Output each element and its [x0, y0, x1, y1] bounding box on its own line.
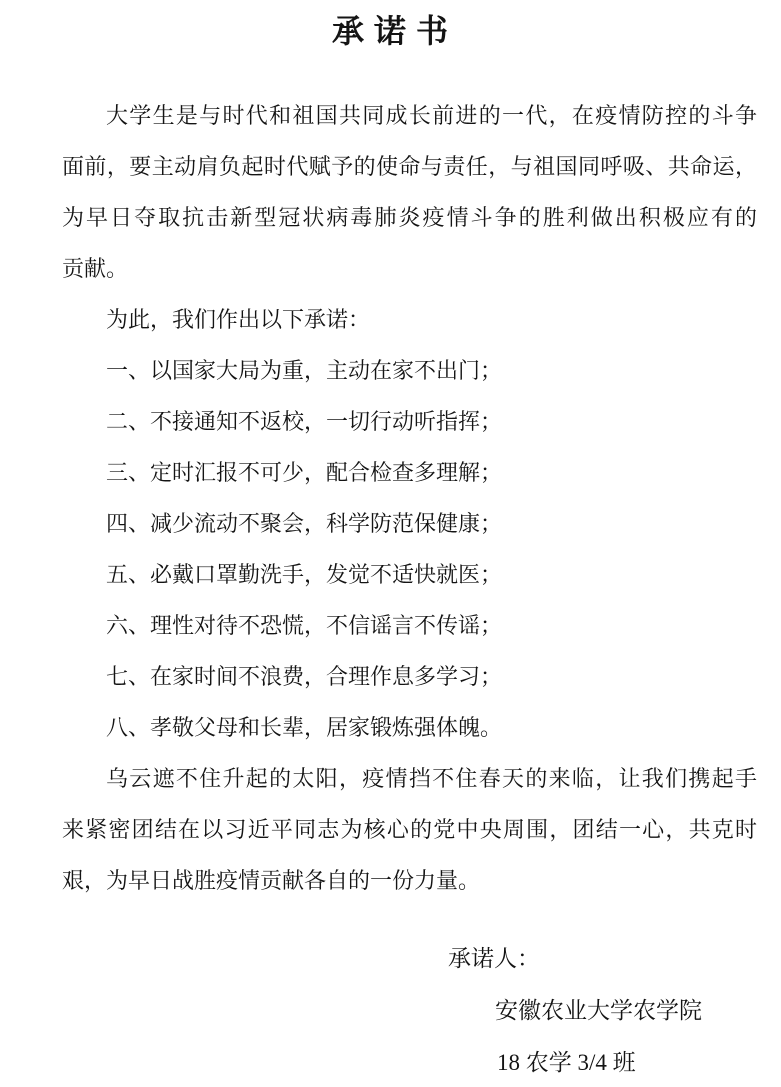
document-title: 承 诺 书 [0, 6, 781, 56]
closing-paragraph-line: 乌云遮不住升起的太阳，疫情挡不住春天的来临，让我们携起手 [62, 753, 757, 804]
closing-paragraph-line: 来紧密团结在以习近平同志为核心的党中央周围，团结一心，共克时 [62, 804, 757, 855]
pledge-item-1: 一、以国家大局为重，主动在家不出门； [62, 345, 757, 396]
signer-class: 18 农学 3/4 班 [497, 1037, 781, 1087]
pledge-item-6: 六、理性对待不恐慌，不信谣言不传谣； [62, 600, 757, 651]
signature-block: 承诺人： 安徽农业大学农学院 18 农学 3/4 班 [0, 933, 781, 1087]
pledge-item-4: 四、减少流动不聚会，科学防范保健康； [62, 498, 757, 549]
document-page: 承 诺 书 大学生是与时代和祖国共同成长前进的一代，在疫情防控的斗争 面前，要主… [0, 0, 781, 1087]
opening-paragraph-line: 贡献。 [62, 243, 757, 294]
closing-paragraph-line: 艰，为早日战胜疫情贡献各自的一份力量。 [62, 855, 757, 906]
pledge-item-2: 二、不接通知不返校，一切行动听指挥； [62, 396, 757, 447]
pledge-item-7: 七、在家时间不浪费，合理作息多学习； [62, 651, 757, 702]
signer-label: 承诺人： [448, 933, 781, 985]
pledge-item-8: 八、孝敬父母和长辈，居家锻炼强体魄。 [62, 702, 757, 753]
opening-paragraph-line: 大学生是与时代和祖国共同成长前进的一代，在疫情防控的斗争 [62, 90, 757, 141]
opening-paragraph-line: 面前，要主动肩负起时代赋予的使命与责任，与祖国同呼吸、共命运， [62, 141, 757, 192]
signer-organization: 安徽农业大学农学院 [495, 985, 781, 1037]
document-body: 大学生是与时代和祖国共同成长前进的一代，在疫情防控的斗争 面前，要主动肩负起时代… [0, 90, 781, 906]
pledge-item-5: 五、必戴口罩勤洗手，发觉不适快就医； [62, 549, 757, 600]
opening-paragraph-line: 为早日夺取抗击新型冠状病毒肺炎疫情斗争的胜利做出积极应有的 [62, 192, 757, 243]
pledge-item-3: 三、定时汇报不可少，配合检查多理解； [62, 447, 757, 498]
pledge-intro-line: 为此，我们作出以下承诺： [62, 294, 757, 345]
